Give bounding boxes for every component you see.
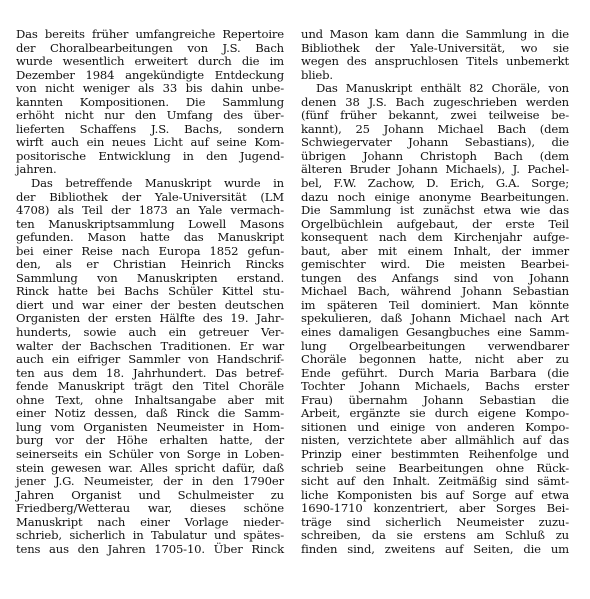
text-line: Michael Bach, während Johann Sebastian bbox=[301, 285, 569, 299]
text-line: sitionen und einige von anderen Kompo- bbox=[301, 421, 569, 435]
text-column-right: und Mason kam dann die Sammlung in dieBi… bbox=[301, 28, 569, 556]
text-line: lung Orgelbearbeitungen verwendbarer bbox=[301, 340, 569, 354]
text-line: eines damaligen Gesangbuches eine Samm- bbox=[301, 326, 569, 340]
paragraph: und Mason kam dann die Sammlung in dieBi… bbox=[301, 28, 569, 82]
paragraph: Das Manuskript enthält 82 Choräle, vonde… bbox=[301, 82, 569, 556]
text-line: wirft auch ein neues Licht auf seine Kom… bbox=[16, 136, 284, 150]
text-line: Das Manuskript enthält 82 Choräle, von bbox=[301, 82, 569, 96]
text-line: 4708) als Teil der 1873 an Yale vermach- bbox=[16, 204, 284, 218]
text-line: träge sind sicherlich Neumeister zuzu- bbox=[301, 516, 569, 530]
text-line: Arbeit, ergänzte sie durch eigene Kompo- bbox=[301, 407, 569, 421]
text-line: jener J.G. Neumeister, der in den 1790er bbox=[16, 475, 284, 489]
text-line: älteren Bruder Johann Michaels), J. Pach… bbox=[301, 163, 569, 177]
text-line: Die Sammlung ist zunächst etwa wie das bbox=[301, 204, 569, 218]
text-line: erhöht nicht nur den Umfang des über- bbox=[16, 109, 284, 123]
text-line: jahren. bbox=[16, 163, 284, 177]
text-line: auch ein eifriger Sammler von Handschrif… bbox=[16, 353, 284, 367]
text-line: ten Manuskriptsammlung Lowell Masons bbox=[16, 218, 284, 232]
text-line: Bibliothek der Yale-Universität, wo sie bbox=[301, 42, 569, 56]
text-line: den, als er Christian Heinrich Rincks bbox=[16, 258, 284, 272]
paragraph: Das betreffende Manuskript wurde inder B… bbox=[16, 177, 284, 556]
text-line: wegen des anspruchlosen Titels unbemerkt bbox=[301, 55, 569, 69]
text-line: übrigen Johann Christoph Bach (dem bbox=[301, 150, 569, 164]
text-line: Schwiegervater Johann Sebastians), die bbox=[301, 136, 569, 150]
text-line: tungen des Anfangs sind von Johann bbox=[301, 272, 569, 286]
text-line: 1690-1710 konzentriert, aber Sorges Bei- bbox=[301, 502, 569, 516]
text-line: bei einer Reise nach Europa 1852 gefun- bbox=[16, 245, 284, 259]
text-line: Rinck hatte bei Bachs Schüler Kittel stu… bbox=[16, 285, 284, 299]
text-line: schrieb seine Bearbeitungen ohne Rück- bbox=[301, 462, 569, 476]
text-line: kannten Kompositionen. Die Sammlung bbox=[16, 96, 284, 110]
paragraph: Das bereits früher umfangreiche Repertoi… bbox=[16, 28, 284, 177]
text-line: gefunden. Mason hatte das Manuskript bbox=[16, 231, 284, 245]
text-line: tens aus den Jahren 1705-10. Über Rinck bbox=[16, 543, 284, 557]
text-line: schrieb, sicherlich in Tabulatur und spä… bbox=[16, 529, 284, 543]
text-line: im späteren Teil dominiert. Man könnte bbox=[301, 299, 569, 313]
text-line: baut, aber mit einem Inhalt, der immer bbox=[301, 245, 569, 259]
text-line: diert und war einer der besten deutschen bbox=[16, 299, 284, 313]
text-line: Das bereits früher umfangreiche Repertoi… bbox=[16, 28, 284, 42]
text-line: Jahren Organist und Schulmeister zu bbox=[16, 489, 284, 503]
text-line: burg vor der Höhe erhalten hatte, der bbox=[16, 434, 284, 448]
text-line: Dezember 1984 angekündigte Entdeckung bbox=[16, 69, 284, 83]
text-line: lieferten Schaffens J.S. Bachs, sondern bbox=[16, 123, 284, 137]
text-line: blieb. bbox=[301, 69, 569, 83]
text-line: Friedberg/Wetterau war, dieses schöne bbox=[16, 502, 284, 516]
text-line: dazu noch einige anonyme Bearbeitungen. bbox=[301, 191, 569, 205]
text-line: ten aus dem 18. Jahrhundert. Das betref- bbox=[16, 367, 284, 381]
text-line: einer Notiz dessen, daß Rinck die Samm- bbox=[16, 407, 284, 421]
text-line: stein gewesen war. Alles spricht dafür, … bbox=[16, 462, 284, 476]
text-line: spekulieren, daß Johann Michael nach Art bbox=[301, 312, 569, 326]
text-line: Tochter Johann Michaels, Bachs erster bbox=[301, 380, 569, 394]
text-line: walter der Bachschen Traditionen. Er war bbox=[16, 340, 284, 354]
text-line: und Mason kam dann die Sammlung in die bbox=[301, 28, 569, 42]
text-line: kannt), 25 Johann Michael Bach (dem bbox=[301, 123, 569, 137]
text-line: Das betreffende Manuskript wurde in bbox=[16, 177, 284, 191]
text-line: seinerseits ein Schüler von Sorge in Lob… bbox=[16, 448, 284, 462]
text-line: schreiben, da sie erstens am Schluß zu bbox=[301, 529, 569, 543]
text-line: wurde wesentlich erweitert durch die im bbox=[16, 55, 284, 69]
text-line: gemischter wird. Die meisten Bearbei- bbox=[301, 258, 569, 272]
text-line: liche Komponisten bis auf Sorge auf etwa bbox=[301, 489, 569, 503]
text-line: der Choralbearbeitungen von J.S. Bach bbox=[16, 42, 284, 56]
text-line: von nicht weniger als 33 bis dahin unbe- bbox=[16, 82, 284, 96]
text-line: der Bibliothek der Yale-Universität (LM bbox=[16, 191, 284, 205]
text-line: sicht auf den Inhalt. Zeitmäßig sind säm… bbox=[301, 475, 569, 489]
text-line: Ende geführt. Durch Maria Barbara (die bbox=[301, 367, 569, 381]
text-line: ohne Text, ohne Inhaltsangabe aber mit bbox=[16, 394, 284, 408]
text-line: Frau) übernahm Johann Sebastian die bbox=[301, 394, 569, 408]
text-line: denen 38 J.S. Bach zugeschrieben werden bbox=[301, 96, 569, 110]
text-line: nisten, verzichtete aber allmählich auf … bbox=[301, 434, 569, 448]
text-line: fende Manuskript trägt den Titel Choräle bbox=[16, 380, 284, 394]
text-line: bel, F.W. Zachow, D. Erich, G.A. Sorge; bbox=[301, 177, 569, 191]
text-line: finden sind, zweitens auf Seiten, die um bbox=[301, 543, 569, 557]
text-line: Sammlung von Manuskripten erstand. bbox=[16, 272, 284, 286]
text-line: lung vom Organisten Neumeister in Hom- bbox=[16, 421, 284, 435]
text-line: hunderts, sowie auch ein getreuer Ver- bbox=[16, 326, 284, 340]
text-column-left: Das bereits früher umfangreiche Repertoi… bbox=[16, 28, 284, 556]
text-line: positorische Entwicklung in den Jugend- bbox=[16, 150, 284, 164]
text-line: Orgelbüchlein aufgebaut, der erste Teil bbox=[301, 218, 569, 232]
document-page: Das bereits früher umfangreiche Repertoi… bbox=[0, 0, 590, 599]
text-line: Manuskript nach einer Vorlage nieder- bbox=[16, 516, 284, 530]
text-line: Organisten der ersten Hälfte des 19. Jah… bbox=[16, 312, 284, 326]
text-line: (fünf früher bekannt, zwei teilweise be- bbox=[301, 109, 569, 123]
text-line: Choräle begonnen hatte, nicht aber zu bbox=[301, 353, 569, 367]
text-line: Prinzip einer bestimmten Reihenfolge und bbox=[301, 448, 569, 462]
text-line: konsequent nach dem Kirchenjahr aufge- bbox=[301, 231, 569, 245]
